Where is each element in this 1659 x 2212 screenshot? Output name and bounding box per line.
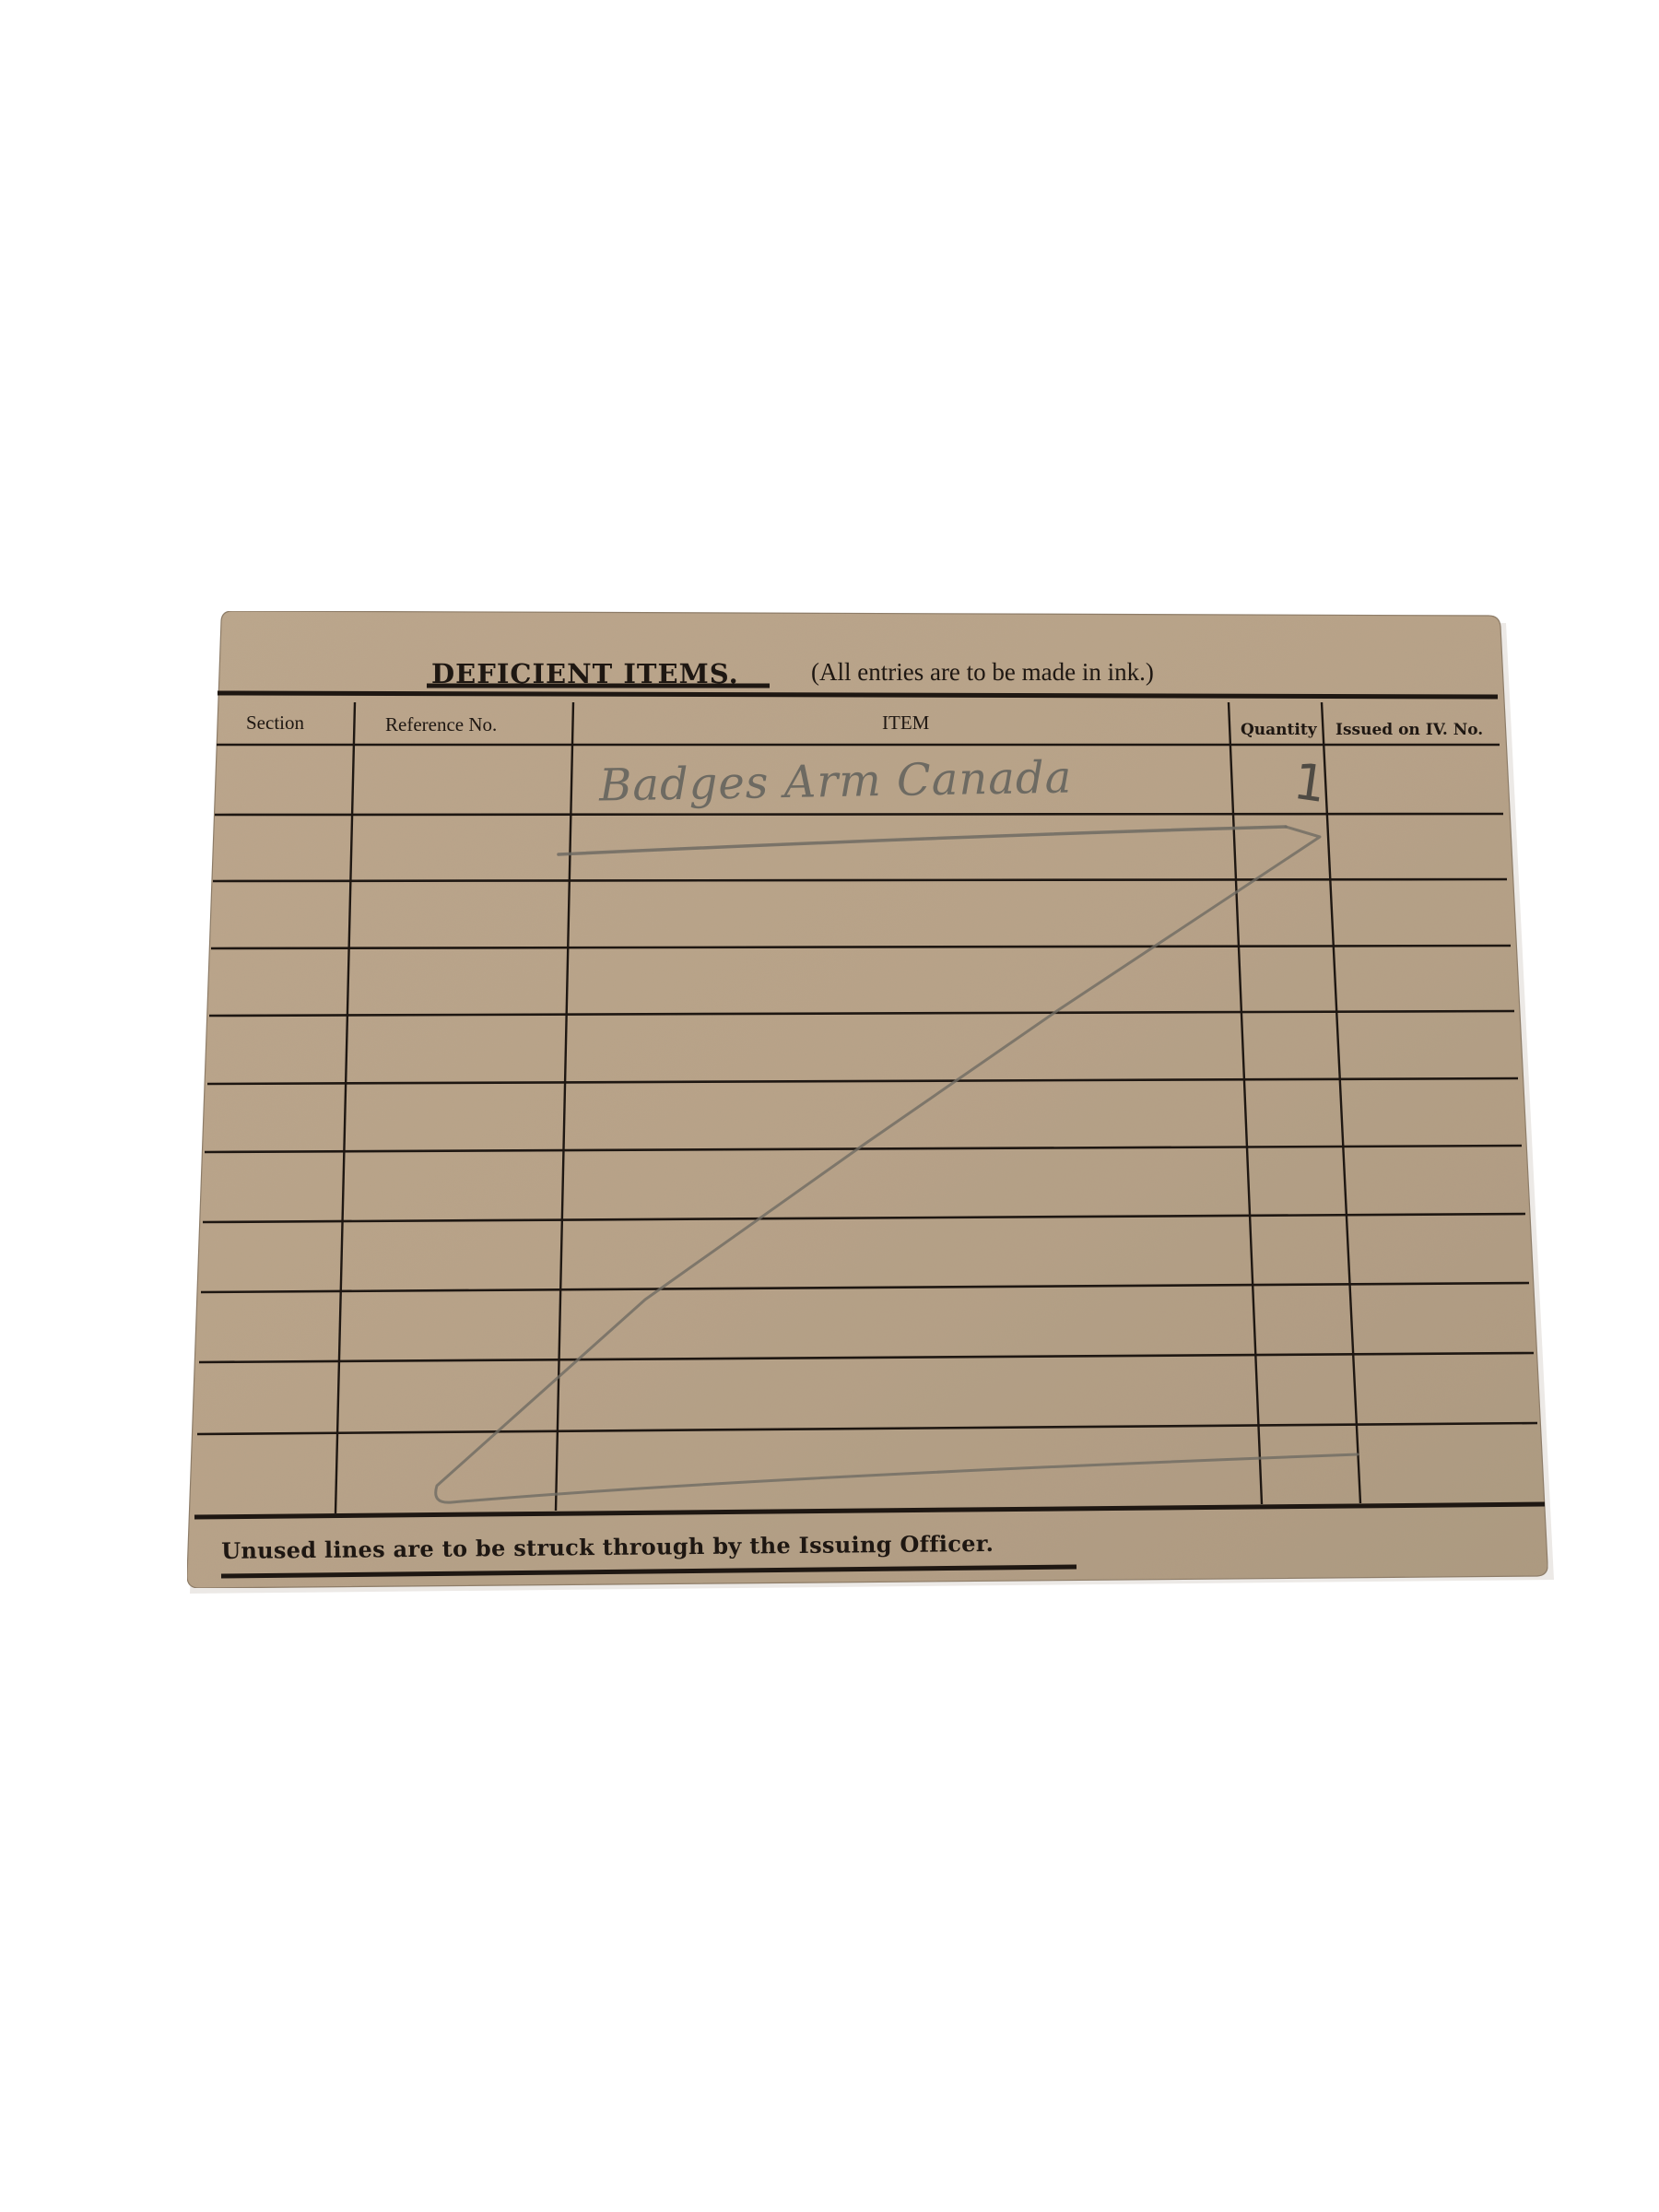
form-title: DEFICIENT ITEMS. (431, 658, 739, 689)
form-instruction: (All entries are to be made in ink.) (811, 658, 1154, 687)
column-header-section: Section (246, 712, 304, 735)
column-header-item: ITEM (882, 712, 929, 735)
column-header-reference-no: Reference No. (385, 713, 497, 736)
row-1-item-handwritten: Badges Arm Canada (599, 752, 1073, 812)
column-header-quantity: Quantity (1241, 721, 1317, 739)
photo-stage: DEFICIENT ITEMS. (All entries are to be … (0, 0, 1659, 2212)
deficient-items-card (0, 0, 1659, 2212)
column-header-issued-on-iv-no: Issued on IV. No. (1335, 721, 1483, 739)
